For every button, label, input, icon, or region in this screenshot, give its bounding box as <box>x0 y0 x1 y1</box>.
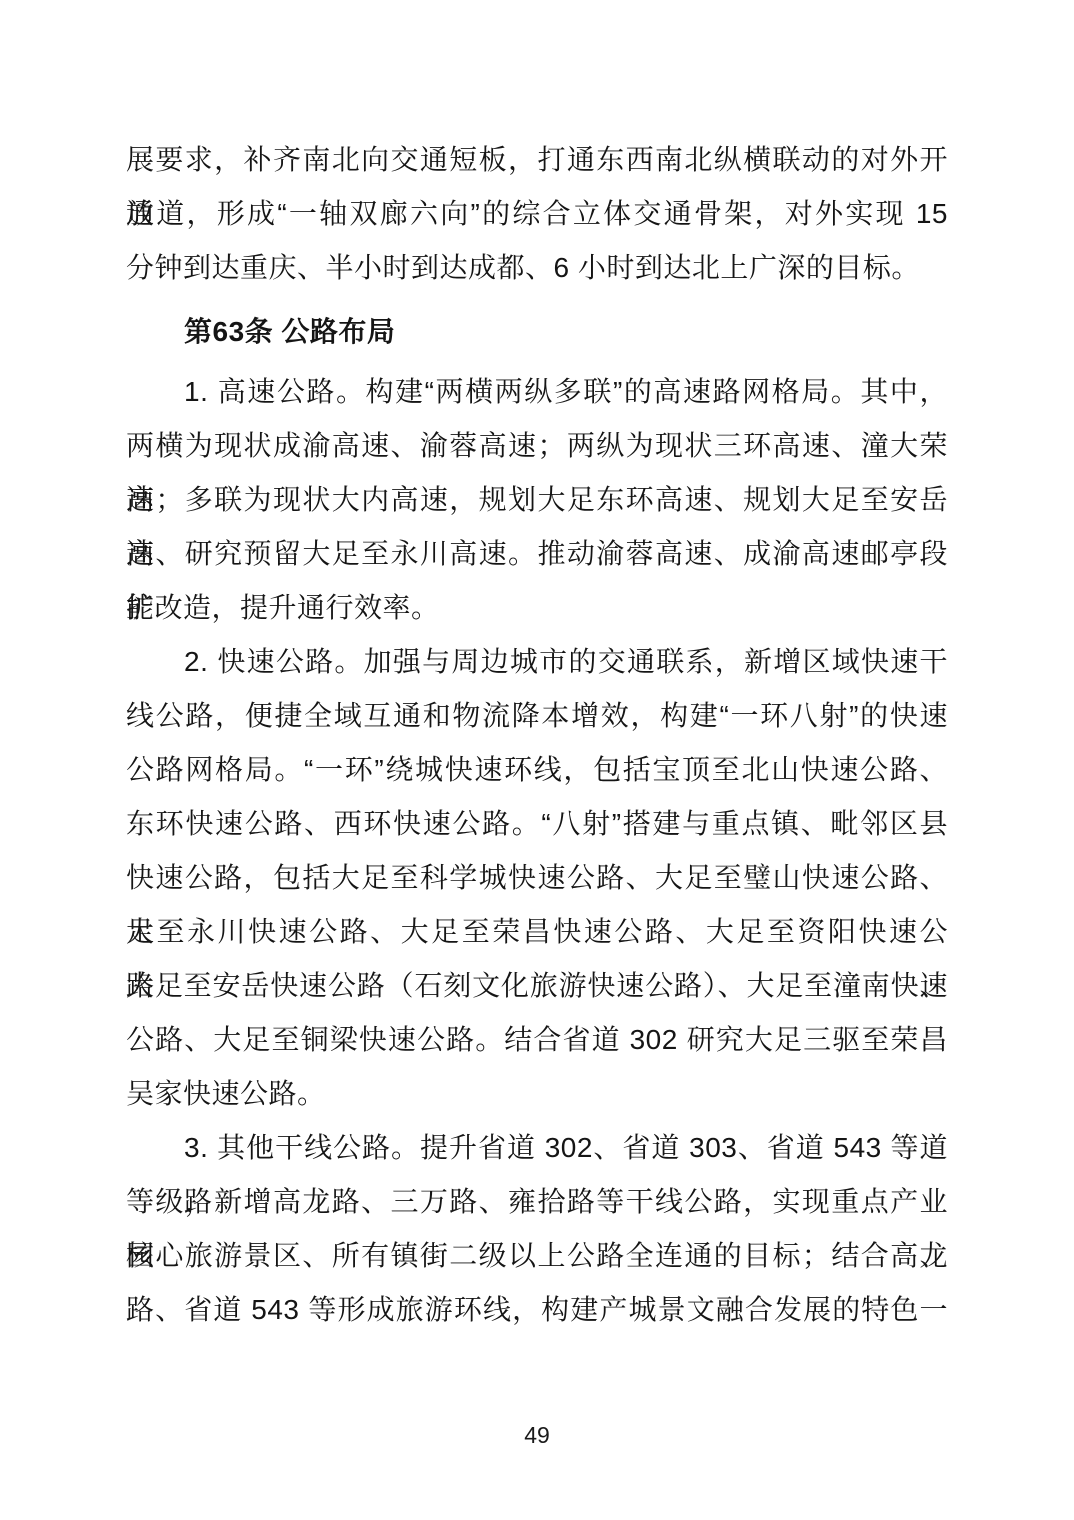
text-line: 大足至安岳快速公路（石刻文化旅游快速公路）、大足至潼南快速 <box>126 959 948 1013</box>
text-line: 展要求，补齐南北向交通短板，打通东西南北纵横联动的对外开放 <box>126 133 948 187</box>
text-line: 等级，新增高龙路、三万路、雍拾路等干线公路，实现重点产业园、 <box>126 1175 948 1229</box>
text-line: 吴家快速公路。 <box>126 1067 948 1121</box>
text-line: 1. 高速公路。构建“两横两纵多联”的高速路网格局。其中， <box>126 365 948 419</box>
text-line: 路、省道 543 等形成旅游环线，构建产城景文融合发展的特色一 <box>126 1283 948 1337</box>
article-heading: 第63条 公路布局 <box>126 305 948 359</box>
page-number: 49 <box>0 1420 1074 1450</box>
text-line: 3. 其他干线公路。提升省道 302、省道 303、省道 543 等道路 <box>126 1121 948 1175</box>
text-line: 两横为现状成渝高速、渝蓉高速；两纵为现状三环高速、潼大荣高 <box>126 419 948 473</box>
text-line: 东环快速公路、西环快速公路。“八射”搭建与重点镇、毗邻区县 <box>126 797 948 851</box>
text-line: 核心旅游景区、所有镇街二级以上公路全连通的目标；结合高龙 <box>126 1229 948 1283</box>
document-page: 展要求，补齐南北向交通短板，打通东西南北纵横联动的对外开放 通道，形成“一轴双廊… <box>0 0 1074 1520</box>
text-line: 快速公路，包括大足至科学城快速公路、大足至璧山快速公路、大 <box>126 851 948 905</box>
text-line: 公路网格局。“一环”绕城快速环线，包括宝顶至北山快速公路、 <box>126 743 948 797</box>
text-line: 通道，形成“一轴双廊六向”的综合立体交通骨架，对外实现 15 <box>126 187 948 241</box>
text-line: 2. 快速公路。加强与周边城市的交通联系，新增区域快速干 <box>126 635 948 689</box>
text-line: 线公路，便捷全域互通和物流降本增效，构建“一环八射”的快速 <box>126 689 948 743</box>
text-line: 速、研究预留大足至永川高速。推动渝蓉高速、成渝高速邮亭段扩 <box>126 527 948 581</box>
text-line: 公路、大足至铜梁快速公路。结合省道 302 研究大足三驱至荣昌 <box>126 1013 948 1067</box>
text-line: 足至永川快速公路、大足至荣昌快速公路、大足至资阳快速公路、 <box>126 905 948 959</box>
text-line: 能改造，提升通行效率。 <box>126 581 948 635</box>
text-line: 分钟到达重庆、半小时到达成都、6 小时到达北上广深的目标。 <box>126 241 948 295</box>
document-body: 展要求，补齐南北向交通短板，打通东西南北纵横联动的对外开放 通道，形成“一轴双廊… <box>126 133 948 1337</box>
text-line: 速；多联为现状大内高速，规划大足东环高速、规划大足至安岳高 <box>126 473 948 527</box>
